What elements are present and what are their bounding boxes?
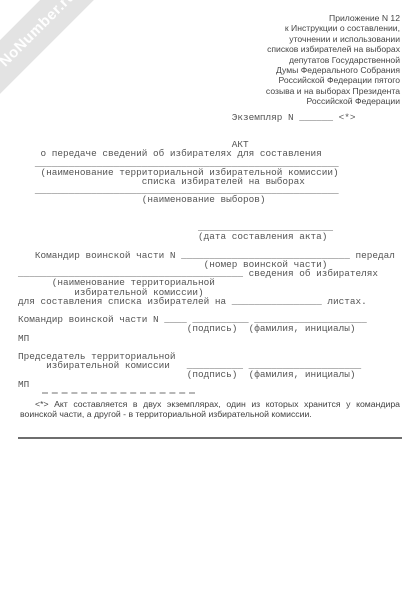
footnote-text: <*> Акт составляется в двух экземплярах,…: [20, 399, 400, 420]
document-page: NoNumber.ru Приложение N 12 к Инструкции…: [0, 0, 420, 600]
footnote-separator: [42, 392, 195, 394]
bottom-divider: [18, 437, 402, 439]
act-form-body: Экземпляр N ______ <*> АКТ о передаче св…: [0, 113, 420, 389]
